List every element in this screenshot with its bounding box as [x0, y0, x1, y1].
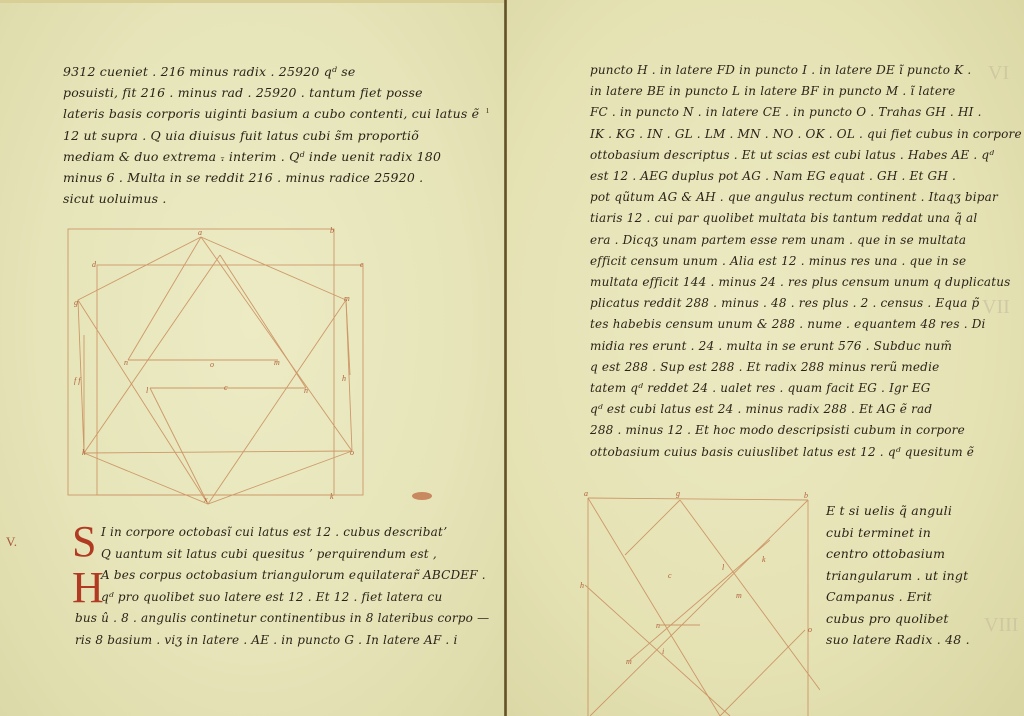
text-line: in latere BE in puncto L in latere BF in…: [590, 81, 1022, 102]
svg-text:l: l: [146, 386, 149, 395]
svg-text:l: l: [722, 563, 725, 572]
text-line: lateris basis corporis uiginti basium a …: [63, 103, 479, 124]
svg-text:c: c: [668, 571, 672, 580]
text-line: qᵈ est cubi latus est 24 . minus radix 2…: [590, 399, 1022, 420]
text-line: IK . KG . IN . GL . LM . MN . NO . OK . …: [590, 124, 1022, 145]
text-line: bus û . 8 . angulis continetur continent…: [75, 608, 489, 630]
text-line: plicatus reddit 288 . minus . 48 . res p…: [590, 293, 1022, 314]
svg-text:n: n: [304, 386, 308, 395]
svg-text:o: o: [210, 360, 214, 369]
text-line: 288 . minus 12 . Et hoc modo descripsist…: [590, 420, 1022, 441]
text-line: posuisti, fit 216 . minus rad . 25920 . …: [63, 82, 479, 103]
text-line: triangularum . ut ingt: [826, 565, 970, 587]
red-ink-stain: [412, 492, 432, 500]
svg-text:i: i: [662, 647, 664, 656]
svg-text:o: o: [808, 625, 812, 634]
svg-text:b: b: [330, 226, 334, 235]
right-page-top-text: puncto H . in latere FD in puncto I . in…: [590, 60, 1022, 463]
text-line: tes habebis censum unum & 288 . nume . e…: [590, 314, 1022, 335]
text-line: midia res erunt . 24 . multa in se erunt…: [590, 336, 1022, 357]
text-line: 12 ut supra . Q uia diuisus fuit latus c…: [63, 125, 479, 146]
ghost-numeral: VIII: [984, 614, 1018, 637]
left-page-top-text: 9312 cueniet . 216 minus radix . 25920 q…: [63, 61, 479, 209]
ghost-numeral: VI: [988, 62, 1009, 85]
book-gutter: [504, 0, 507, 716]
svg-text:c: c: [224, 383, 228, 392]
text-line: puncto H . in latere FD in puncto I . in…: [590, 60, 1022, 81]
text-line: tiaris 12 . cui par quolibet multata bis…: [590, 208, 1022, 229]
svg-text:n: n: [656, 621, 660, 630]
page-top-edge: [0, 0, 505, 3]
text-line: tatem qᵈ reddet 24 . ualet res . quam fa…: [590, 378, 1022, 399]
svg-text:k: k: [762, 555, 766, 564]
svg-text:n: n: [124, 358, 128, 367]
text-line: multata efficit 144 . minus 24 . res plu…: [590, 272, 1022, 293]
text-line: efficit censum unum . Alia est 12 . minu…: [590, 251, 1022, 272]
text-line: era . Dicqʒ unam partem esse rem unam . …: [590, 230, 1022, 251]
text-line: E t si uelis q̃ anguli: [826, 500, 970, 522]
manuscript-spread: 9312 cueniet . 216 minus radix . 25920 q…: [0, 0, 1024, 716]
svg-text:g: g: [74, 298, 78, 307]
gutter-mark: ı: [486, 104, 489, 116]
svg-text:g: g: [676, 489, 680, 498]
svg-text:m: m: [344, 294, 350, 303]
svg-text:k: k: [330, 492, 334, 501]
ghost-numeral: VII: [982, 296, 1010, 319]
cube-octahedron-diagram: agb lkc hm no mi: [570, 480, 820, 716]
text-line: 9312 cueniet . 216 minus radix . 25920 q…: [63, 61, 479, 82]
text-line: I in corpore octobasĩ cui latus est 12 …: [75, 522, 489, 544]
svg-text:m: m: [626, 657, 632, 666]
text-line: qᵈ pro quolibet suo latere est 12 . Et 1…: [75, 587, 489, 609]
svg-text:h: h: [580, 581, 584, 590]
svg-text:a: a: [198, 228, 202, 237]
octahedron-cube-diagram: ab de gm nom lcn f fh ko xk: [60, 215, 440, 515]
svg-text:d: d: [92, 260, 97, 269]
svg-text:k: k: [82, 448, 86, 457]
text-line: q est 288 . Sup est 288 . Et radix 288 m…: [590, 357, 1022, 378]
text-line: pot qũtum AG & AH . que angulus rectum …: [590, 187, 1022, 208]
text-line: ris 8 basium . viʒ in latere . AE . in p…: [75, 630, 489, 652]
svg-text:o: o: [350, 448, 354, 457]
svg-text:e: e: [360, 260, 364, 269]
text-line: Q uantum sit latus cubi quesitus ʼ perqu…: [75, 544, 489, 566]
text-line: FC . in puncto N . in latere CE . in pun…: [590, 102, 1022, 123]
svg-text:m: m: [274, 358, 280, 367]
text-line: Campanus . Erit: [826, 586, 970, 608]
text-line: cubus pro quolibet: [826, 608, 970, 630]
diagram-caption: E t si uelis q̃ anguli cubi terminet in …: [826, 500, 970, 651]
text-line: sicut uoluimus .: [63, 188, 479, 209]
text-line: centro ottobasium: [826, 543, 970, 565]
text-line: est 12 . AEG duplus pot AG . Nam EG equa…: [590, 166, 1022, 187]
text-line: minus 6 . Multa in se reddit 216 . minus…: [63, 167, 479, 188]
svg-text:a: a: [584, 489, 588, 498]
text-line: mediam & duo extrema .̵ interim . Qᵈ ind…: [63, 146, 479, 167]
text-line: ottobasium descriptus . Et ut scias est …: [590, 145, 1022, 166]
left-page-bottom-text: I in corpore octobasĩ cui latus est 12 …: [75, 522, 489, 651]
svg-text:m: m: [736, 591, 742, 600]
text-line: suo latere Radix . 48 .: [826, 629, 970, 651]
text-line: cubi terminet in: [826, 522, 970, 544]
svg-text:b: b: [804, 491, 808, 500]
svg-text:h: h: [342, 374, 346, 383]
text-line: A bes corpus octobasium triangulorum equ…: [75, 565, 489, 587]
svg-text:x: x: [203, 495, 208, 504]
marginal-numeral: V.: [6, 534, 17, 550]
text-line: ottobasium cuius basis cuiuslibet latus …: [590, 442, 1022, 463]
